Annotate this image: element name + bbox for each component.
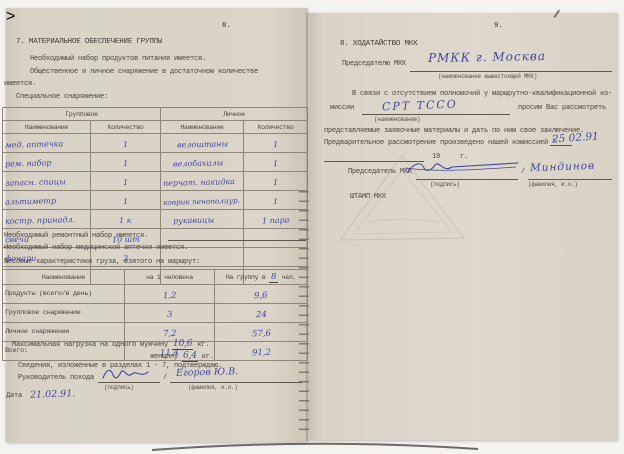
weight-per-group: 57,6 — [251, 329, 270, 340]
chairman-to-handwritten: РМКК г. Москва — [428, 49, 546, 65]
commission-name-line — [362, 113, 510, 115]
gear-qty: 1 — [273, 197, 278, 206]
max-load-men-value: 10,6 — [172, 339, 193, 350]
gear-name: рукавицы — [173, 215, 214, 225]
gear-name: перчат. накидка — [163, 177, 235, 188]
personal-gear-header: Личное — [161, 108, 308, 121]
gear-qty: 1 пара — [262, 216, 290, 226]
gear-name: альтиметр — [5, 196, 56, 206]
gear-qty: 1 — [273, 178, 278, 187]
date-label: Дата — [6, 392, 22, 400]
equipment-row: мед. аптечка 1 велоштаны 1 — [3, 134, 308, 153]
right-page-number: 9. — [494, 22, 503, 30]
equipment-row: костр. принадл. 1 к рукавицы 1 пара — [3, 210, 308, 229]
gear-name: костр. принадл. — [5, 215, 75, 226]
group-col-suffix: чел. — [282, 274, 296, 281]
gear-qty: 1 — [123, 140, 128, 149]
petition-body-line3: представляемые заявочные материалы и дат… — [324, 127, 584, 135]
line-medkit: Необходимый набор медицинской аптечки им… — [4, 244, 188, 252]
petition-body-line4: Предварительное рассмотрение произведено… — [324, 139, 556, 147]
col-header-name-2: Наименование — [161, 121, 244, 134]
weight-per-person: 7,2 — [163, 329, 177, 339]
gear-name: запасн. спицы — [5, 177, 66, 188]
col-header-qty-1: Количество — [91, 121, 161, 134]
chairman-to-line — [410, 70, 612, 72]
left-section-title: 7. МАТЕРИАЛЬНОЕ ОБЕСПЕЧЕНИЕ ГРУППЫ — [16, 38, 162, 46]
gear-name: велобахилы — [173, 158, 223, 168]
weight-col-person: на 1 человека — [125, 270, 215, 285]
chairman-name-handwritten: Миндинов — [530, 160, 596, 174]
chairman-to-label: Председателю МКК — [342, 60, 406, 68]
chairman-name-line — [528, 178, 612, 180]
gear-qty: 1 — [273, 140, 278, 149]
col-header-name-1: Наименование — [3, 121, 91, 134]
gear-qty: 1 к — [119, 216, 132, 225]
gear-qty: 1 — [123, 197, 128, 206]
max-load-men-prefix: Максимальная нагрузка на одного мужчину — [12, 341, 168, 349]
group-size-value: 8 — [269, 272, 278, 283]
weight-row: Групповое снаряжение 3 24 — [3, 304, 308, 323]
weight-per-group: 24 — [255, 310, 266, 320]
petition-body-line2-prefix: миссии — [330, 104, 354, 112]
gear-name: мед. аптечка — [5, 139, 64, 150]
max-load-women-line: женщину 6,4 кг. — [150, 351, 214, 361]
petition-body-line2-suffix: просим Вас рассмотреть — [518, 104, 606, 112]
signature-caption: (подпись) — [104, 384, 134, 391]
weight-row: Продукты (всего/в день) 1,2 9,6 — [3, 285, 308, 304]
gear-name: коврик пенополиур. — [163, 196, 240, 207]
gear-qty: 1 — [273, 159, 278, 168]
triangular-stamp-imprint — [336, 152, 472, 248]
leader-name-line — [170, 381, 302, 383]
weight-row-name: Групповое снаряжение — [3, 304, 125, 323]
weight-col-group: На группу в 8 чел. — [215, 270, 308, 285]
line-repair: Необходимый ремонтный набор имеется. — [4, 232, 148, 240]
max-load-men-line: Максимальная нагрузка на одного мужчину … — [12, 339, 209, 349]
equipment-row: запасн. спицы 1 перчат. накидка 1 — [3, 172, 308, 191]
left-page-number: 8. — [222, 22, 231, 30]
leader-slash: / — [163, 374, 167, 382]
weight-per-person: 1,2 — [163, 291, 177, 301]
scanned-route-book-spread: { "colors": { "paper": "#d9d4c7", "typew… — [0, 0, 624, 454]
chairman-slash: / — [521, 168, 525, 176]
gear-name: велоштаны — [177, 139, 228, 149]
equipment-row: рем. набор 1 велобахилы 1 — [3, 153, 308, 172]
weight-per-group: 9,6 — [254, 291, 268, 301]
kg-suffix: кг. — [197, 341, 209, 349]
gear-name: рем. набор — [5, 158, 52, 168]
max-load-women-prefix: женщину — [150, 353, 178, 361]
gear-qty: 1 — [123, 159, 128, 168]
max-load-women-value: 6,4 — [182, 351, 198, 362]
leader-signature-scrawl — [100, 366, 152, 382]
petition-body-line1: В связи с отсутствием полномочий у маршр… — [352, 90, 612, 98]
line-products: Необходимый набор продуктов питания имее… — [30, 55, 206, 63]
leader-label: Руководитель похода — [18, 374, 94, 382]
leader-name-handwritten: Егоров Ю.В. — [176, 366, 238, 379]
weight-row-name: Продукты (всего/в день) — [3, 285, 125, 304]
page-bottom-edge-shadow — [150, 440, 480, 452]
weight-per-person: 3 — [167, 310, 173, 320]
line-weights-title: Весовые характеристики груза, взятого на… — [4, 258, 200, 266]
group-gear-header: Групповое — [3, 108, 161, 121]
chairman-to-caption: (наименование вышестоящей МКК) — [438, 73, 537, 80]
right-section-title: 8. ХОДАТАЙСТВО МКК — [340, 40, 417, 48]
name-caption-right: (фамилия, и.о.) — [528, 181, 578, 188]
equipment-row: альтиметр 1 коврик пенополиур. 1 — [3, 191, 308, 210]
weight-per-group: 91,2 — [251, 348, 270, 359]
weight-col-name: Наименование — [3, 270, 125, 285]
date-value-handwritten: 21.02.91. — [30, 388, 76, 401]
name-caption: (фамилия, и.о.) — [188, 384, 238, 391]
col-header-qty-2: Количество — [244, 121, 308, 134]
gear-qty: 1 — [123, 178, 128, 187]
review-date-line — [550, 144, 572, 146]
group-col-prefix: На группу в — [226, 274, 266, 281]
commission-caption: (наименование) — [374, 116, 420, 123]
line-equipment-1: Общественное и личное снаряжение в доста… — [30, 68, 258, 76]
blank-line — [168, 239, 306, 241]
commission-name-handwritten: СРТ ТССО — [382, 98, 458, 114]
line-equipment-2: имеется. — [4, 80, 36, 88]
line-special: Специальное снаряжение: — [16, 93, 108, 101]
kg-suffix: кг. — [202, 353, 214, 361]
